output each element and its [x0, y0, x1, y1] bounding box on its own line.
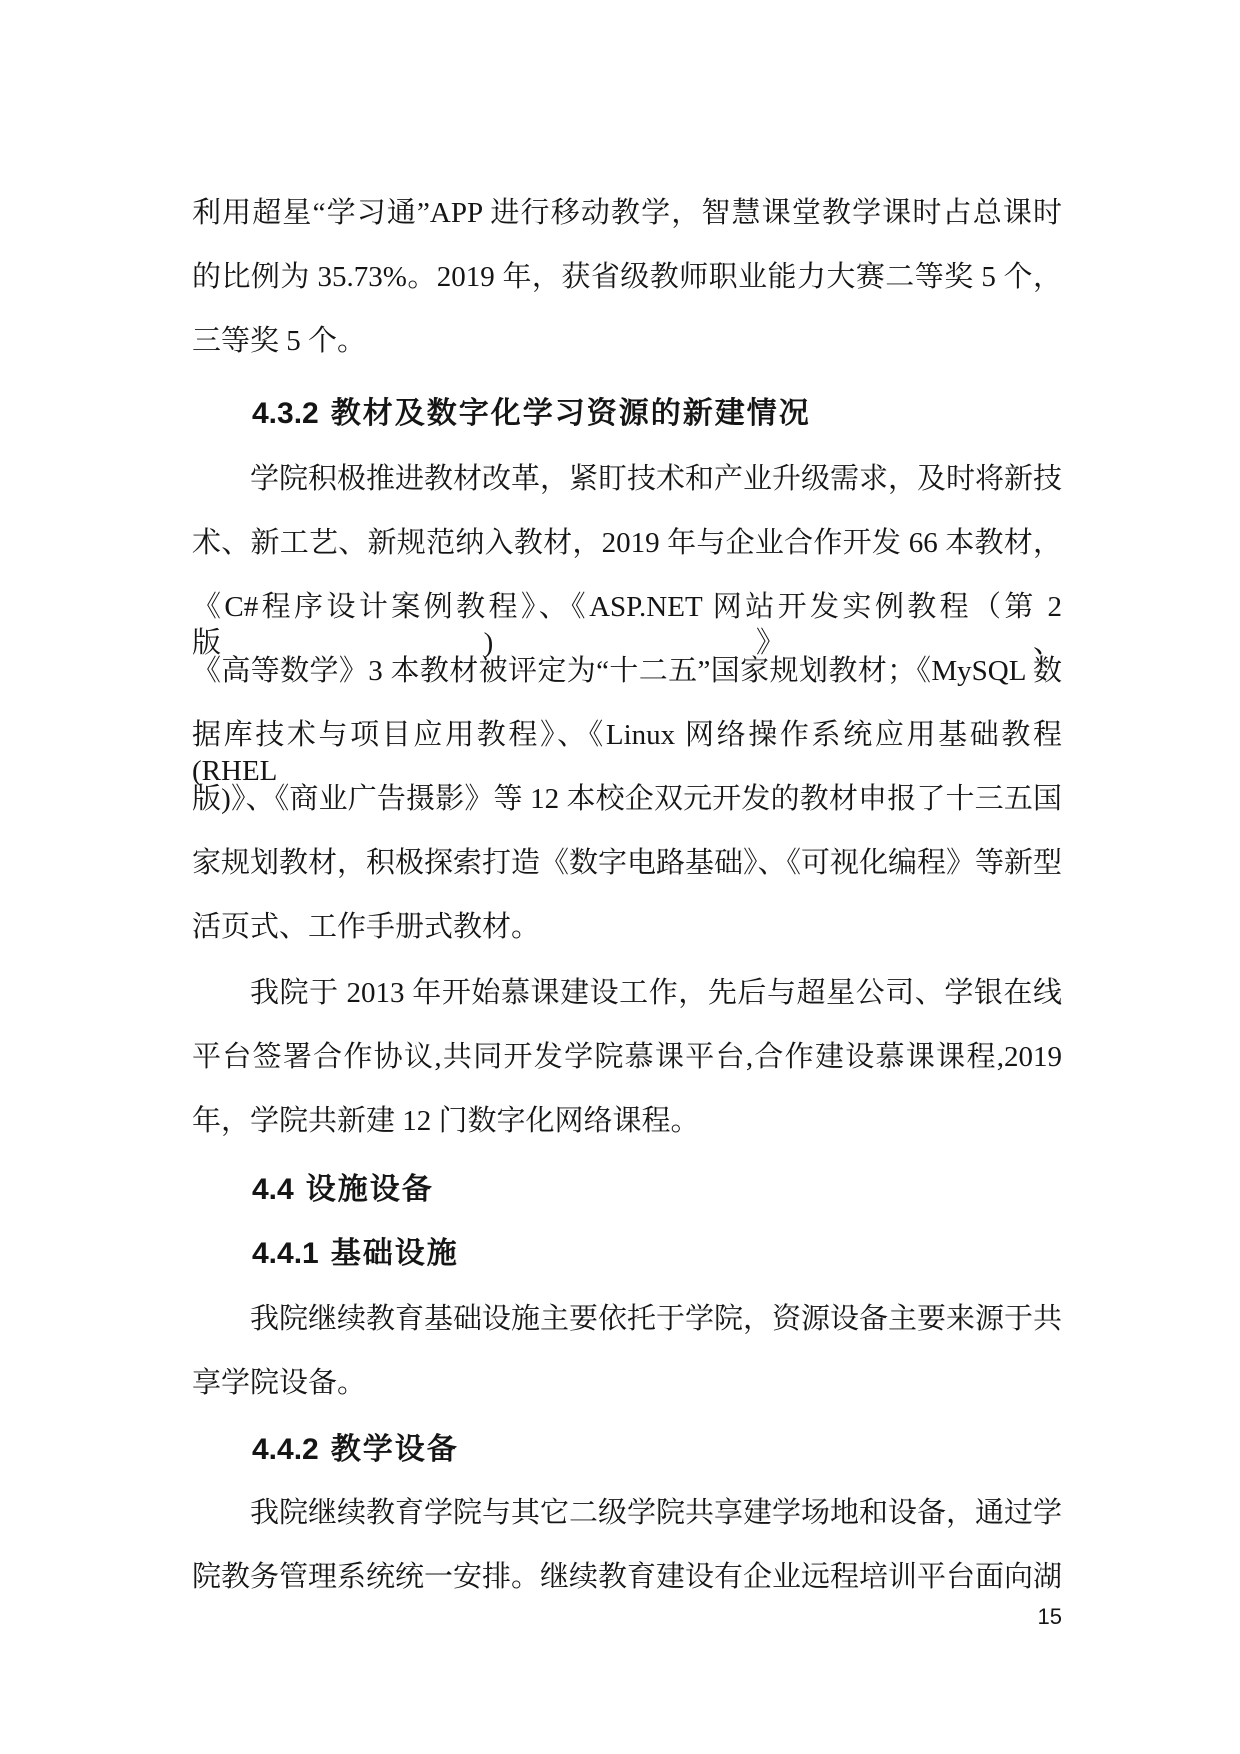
- heading-number: 4.4: [252, 1173, 294, 1206]
- text-line: 年，学院共新建 12 门数字化网络课程。: [192, 1103, 1062, 1139]
- heading-number: 4.4.2: [252, 1433, 319, 1466]
- text-line: 我院于 2013 年开始慕课建设工作，先后与超星公司、学银在线: [192, 975, 1062, 1011]
- text-line: 版)》、《商业广告摄影》等 12 本校企双元开发的教材申报了十三五国: [192, 781, 1062, 817]
- heading-label: 教材及数字化学习资源的新建情况: [331, 397, 811, 430]
- heading-number: 4.4.1: [252, 1237, 319, 1270]
- text-line: 术、新工艺、新规范纳入教材，2019 年与企业合作开发 66 本教材，: [192, 525, 1062, 561]
- section-heading: 4.4.2教学设备: [252, 1432, 1062, 1468]
- text-line: 我院继续教育学院与其它二级学院共享建学场地和设备，通过学: [192, 1495, 1062, 1531]
- text-line: 家规划教材，积极探索打造《数字电路基础》、《可视化编程》等新型: [192, 845, 1062, 881]
- text-line: 享学院设备。: [192, 1365, 1062, 1401]
- text-line: 平台签署合作协议,共同开发学院慕课平台,合作建设慕课课程,2019: [192, 1039, 1062, 1075]
- section-heading: 4.4.1基础设施: [252, 1236, 1062, 1272]
- section-heading: 4.3.2教材及数字化学习资源的新建情况: [252, 396, 1062, 432]
- heading-label: 教学设备: [331, 1433, 459, 1466]
- text-line: 据库技术与项目应用教程》、《Linux 网络操作系统应用基础教程(RHEL: [192, 717, 1062, 789]
- text-line: 《C#程序设计案例教程》、《ASP.NET 网站开发实例教程（第 2 版)》、: [192, 589, 1062, 661]
- text-line: 利用超星“学习通”APP 进行移动教学，智慧课堂教学课时占总课时: [192, 195, 1062, 231]
- text-line: 《高等数学》3 本教材被评定为“十二五”国家规划教材；《MySQL 数: [192, 653, 1062, 689]
- text-line: 院教务管理系统统一安排。继续教育建设有企业远程培训平台面向湖: [192, 1559, 1062, 1595]
- page-number: 15: [1038, 1604, 1062, 1630]
- text-line: 我院继续教育基础设施主要依托于学院，资源设备主要来源于共: [192, 1301, 1062, 1337]
- heading-label: 基础设施: [331, 1237, 459, 1270]
- text-line: 三等奖 5 个。: [192, 323, 1062, 359]
- text-line: 学院积极推进教材改革，紧盯技术和产业升级需求，及时将新技: [192, 461, 1062, 497]
- heading-label: 设施设备: [306, 1173, 434, 1206]
- section-heading: 4.4设施设备: [252, 1172, 1062, 1208]
- heading-number: 4.3.2: [252, 397, 319, 430]
- document-page: 利用超星“学习通”APP 进行移动教学，智慧课堂教学课时占总课时 的比例为 35…: [0, 0, 1240, 1754]
- text-line: 活页式、工作手册式教材。: [192, 909, 1062, 945]
- text-line: 的比例为 35.73%。2019 年，获省级教师职业能力大赛二等奖 5 个，: [192, 259, 1062, 295]
